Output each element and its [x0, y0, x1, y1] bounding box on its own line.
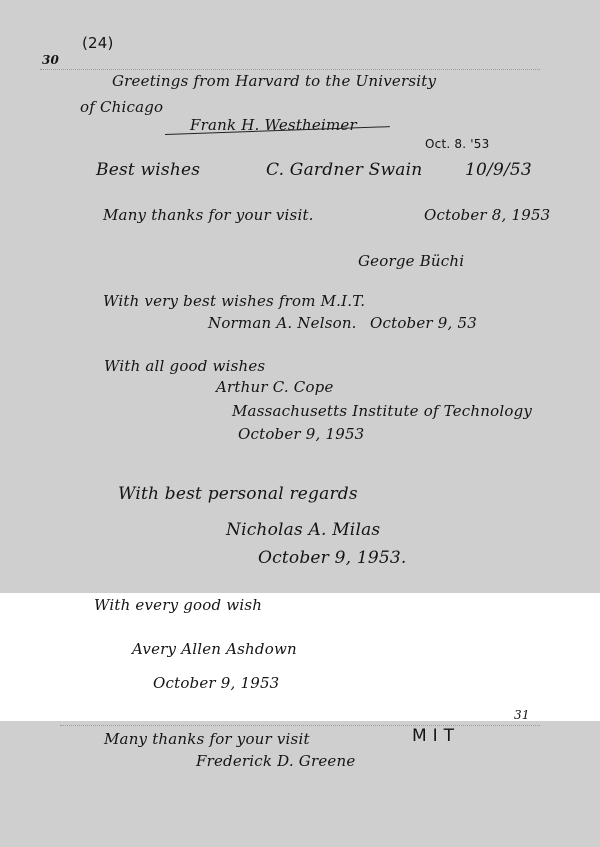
entry-8-affiliation: MIT	[412, 726, 460, 746]
entry-6-message: With best personal regards	[118, 484, 358, 504]
entry-5-signature: Arthur C. Cope	[216, 378, 334, 396]
entry-2-message: Best wishes	[96, 160, 200, 180]
entry-4-date: October 9, 53	[370, 314, 477, 332]
entry-8-message: Many thanks for your visit	[104, 730, 310, 748]
entry-4-message: With very best wishes from M.I.T.	[103, 292, 365, 310]
entry-7-date: October 9, 1953	[153, 674, 279, 692]
page-divider-top	[40, 69, 540, 70]
entry-6-signature: Nicholas A. Milas	[226, 520, 380, 540]
entry-1-message-line1: Greetings from Harvard to the University	[112, 72, 436, 90]
entry-3-signature: George Büchi	[358, 252, 464, 270]
entry-2-signature: C. Gardner Swain	[266, 160, 422, 180]
entry-4-signature: Norman A. Nelson.	[208, 314, 357, 332]
entry-7-message: With every good wish	[94, 596, 262, 614]
entry-5-date: October 9, 1953	[238, 425, 364, 443]
entry-5-affiliation: Massachusetts Institute of Technology	[232, 402, 532, 420]
entry-5-message: With all good wishes	[104, 357, 265, 375]
entry-3-date: October 8, 1953	[424, 206, 550, 224]
entry-6-date: October 9, 1953.	[258, 548, 407, 568]
header-number: (24)	[82, 34, 114, 52]
entry-2-date: 10/9/53	[465, 160, 532, 180]
entry-3-message: Many thanks for your visit.	[103, 206, 314, 224]
entry-7-signature: Avery Allen Ashdown	[132, 640, 297, 658]
page-number-left: 30	[42, 53, 59, 67]
entry-8-signature: Frederick D. Greene	[196, 752, 355, 770]
entry-1-message-line2: of Chicago	[80, 98, 163, 116]
white-band-section	[0, 593, 600, 721]
page-number-right: 31	[514, 708, 530, 722]
page-divider-bottom	[60, 725, 540, 726]
entry-1-date: Oct. 8. '53	[425, 137, 489, 151]
